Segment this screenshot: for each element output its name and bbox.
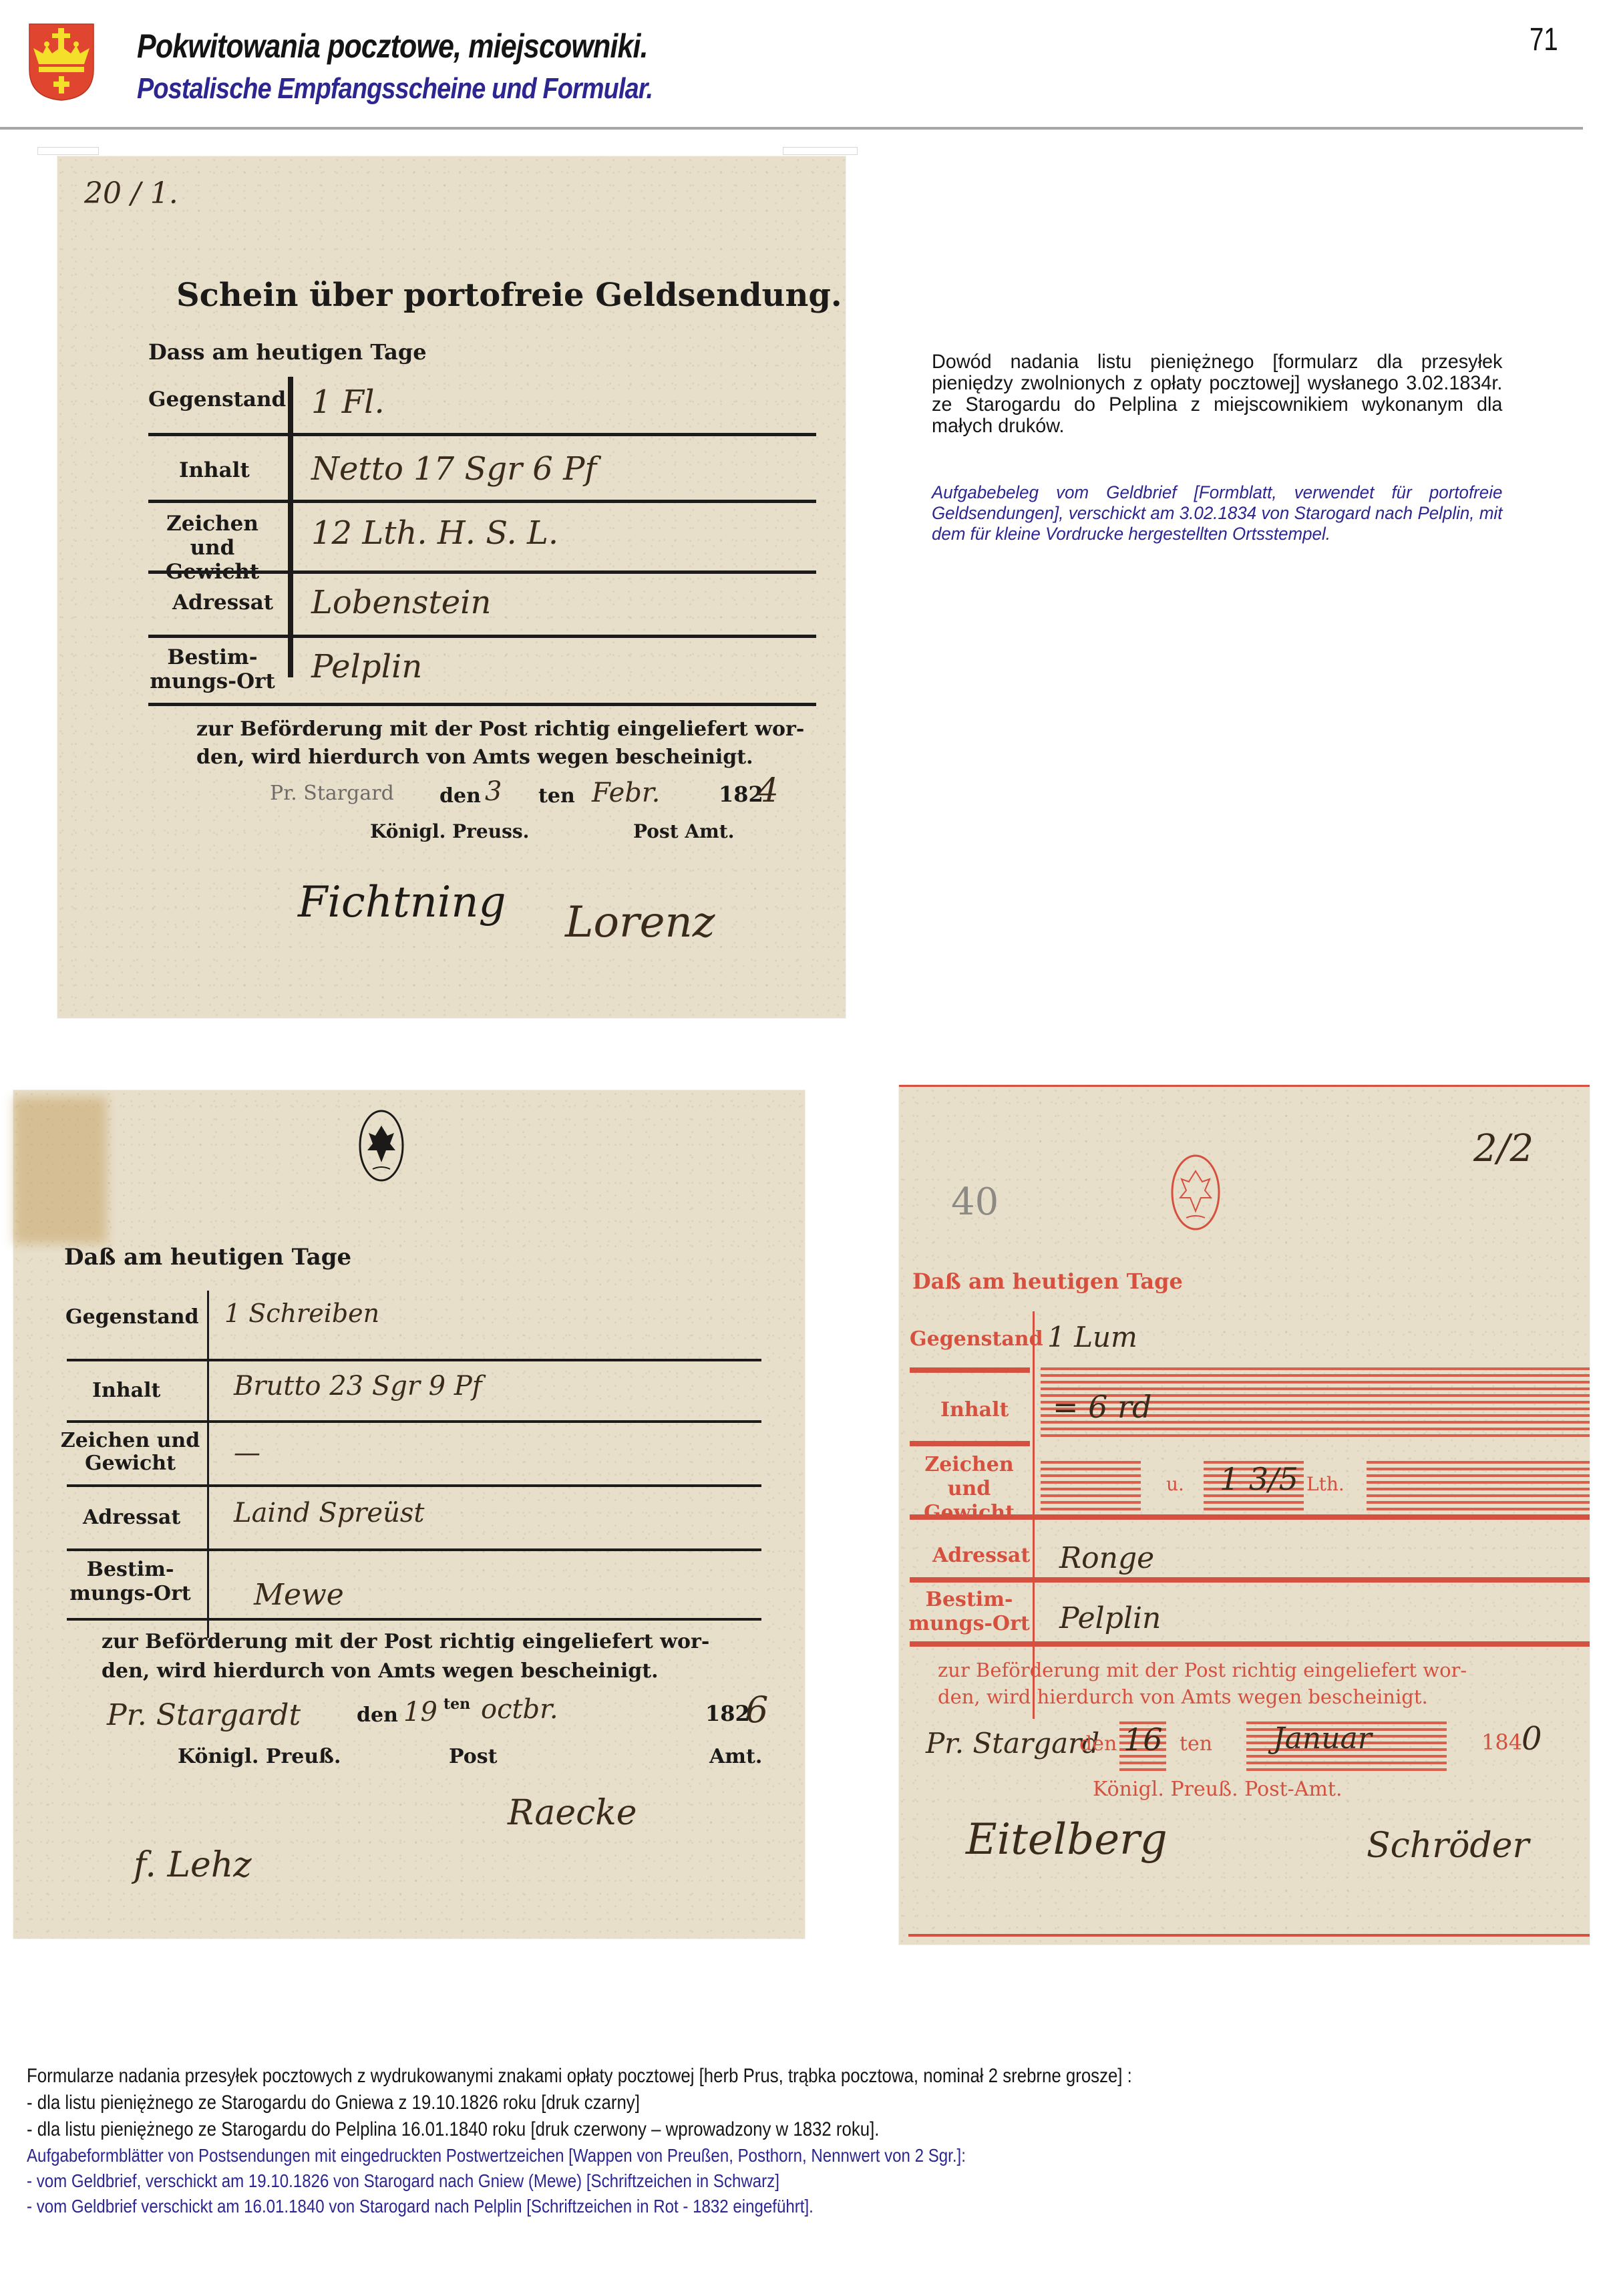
document-receipt-1834: 20 / 1. Schein über portofreie Geldsendu… (57, 156, 846, 1018)
weight-suffix: Lth. (1306, 1473, 1345, 1495)
form-row-line (67, 1359, 761, 1361)
field-value: Mewe (254, 1578, 344, 1612)
date-ten: ten (1180, 1732, 1212, 1756)
field-value: 12 Lth. H. S. L. (311, 514, 558, 552)
security-hatching (1367, 1461, 1590, 1510)
corner-note: 2/2 (1473, 1127, 1534, 1170)
statement-line: den, wird hierdurch von Amts wegen besch… (102, 1659, 659, 1683)
field-value: 1 3/5 (1220, 1461, 1298, 1497)
security-hatching (1041, 1461, 1141, 1510)
indicium-icon (1170, 1154, 1221, 1231)
date-month: Febr. (592, 778, 660, 808)
place-handwritten: Pr. Stargardt (107, 1698, 301, 1732)
date-den: den (357, 1703, 398, 1727)
date-day: 19 (403, 1697, 437, 1728)
signature: Eitelberg (966, 1815, 1168, 1864)
statement-line: zur Beförderung mit der Post richtig ein… (196, 717, 804, 741)
description-top-polish: Dowód nadania listu pieniężnego [formula… (932, 351, 1502, 437)
field-label: Inhalt (940, 1398, 1009, 1422)
form-column-divider (207, 1291, 209, 1638)
statement-line: zur Beförderung mit der Post richtig ein… (938, 1659, 1467, 1681)
signature: Fichtning (298, 878, 506, 927)
signature: Lorenz (565, 898, 715, 947)
field-label: Bestim- mungs-Ort (60, 1558, 200, 1606)
signature: Raecke (508, 1793, 637, 1833)
date-year: 184 (1481, 1730, 1522, 1755)
date-month: octbr. (481, 1694, 558, 1725)
field-label: Inhalt (92, 1379, 160, 1402)
office-name: Amt. (709, 1745, 762, 1768)
form-bottom-line (908, 1934, 1590, 1937)
form-row-line (148, 635, 816, 638)
office-name: Königl. Preuß. (178, 1745, 341, 1768)
form-column-divider (288, 377, 293, 677)
date-ten: ten (538, 784, 575, 808)
office-name: Post Amt. (633, 820, 734, 842)
page-title-german: Postalische Empfangsscheine und Formular… (137, 72, 653, 106)
corner-note: 20 / 1. (84, 176, 178, 210)
statement-line: den, wird hierdurch von Amts wegen besch… (938, 1685, 1428, 1708)
field-value: Lobenstein (311, 584, 491, 621)
date-den: den (1079, 1732, 1117, 1756)
form-row-line (67, 1484, 761, 1487)
field-value: Pelplin (1059, 1601, 1161, 1635)
document-receipt-1840: 40 2/2 Daß am heutigen Tage Gegenstand 1… (899, 1085, 1590, 1945)
coat-of-arms-icon (28, 23, 95, 102)
field-value: Ronge (1059, 1541, 1154, 1575)
description-line-pl: - dla listu pieniężnego ze Starogardu do… (27, 2116, 1348, 2143)
field-label: Zeichen und Gewicht (60, 1430, 200, 1475)
place-handwritten: Pr. Stargard (926, 1727, 1099, 1760)
field-label: Gegenstand (65, 1305, 199, 1329)
description-line-de: Aufgabeformblätter von Postsendungen mit… (27, 2143, 1348, 2168)
field-value: Laind Spreüst (234, 1498, 424, 1528)
field-value: Brutto 23 Sgr 9 Pf (234, 1371, 482, 1402)
field-value: 1 Fl. (311, 383, 385, 421)
field-label: Gegenstand (910, 1327, 1043, 1351)
field-value: Pelplin (311, 648, 422, 685)
field-label: Adressat (83, 1506, 180, 1529)
form-row-line (148, 570, 816, 574)
date-day: 16 (1123, 1721, 1163, 1758)
stain (13, 1097, 107, 1244)
field-label: Adressat (172, 591, 273, 615)
form-row-line (67, 1548, 761, 1551)
form-row-line (67, 1618, 761, 1621)
date-year: 182 (719, 782, 763, 807)
header-divider (0, 127, 1583, 130)
form-intro: Daß am heutigen Tage (912, 1269, 1183, 1294)
date-year-handwritten: 6 (745, 1689, 768, 1731)
form-row-line (910, 1641, 1590, 1647)
office-name: Königl. Preuß. Post-Amt. (1093, 1778, 1343, 1801)
photo-corner (37, 147, 99, 155)
form-intro: Daß am heutigen Tage (64, 1244, 351, 1271)
pencil-note: 40 (951, 1180, 999, 1224)
form-row-line (910, 1441, 1030, 1446)
page-number: 71 (1530, 21, 1558, 58)
form-row-line (148, 703, 816, 706)
indicium-icon (358, 1109, 405, 1182)
field-value: 1 Lum (1047, 1321, 1137, 1353)
form-row-line (910, 1367, 1030, 1373)
date-month: Januar (1273, 1721, 1372, 1756)
place-stamp: Pr. Stargard (270, 782, 394, 805)
field-value: — (234, 1438, 260, 1468)
description-line-de: - vom Geldbrief, verschickt am 19.10.182… (27, 2168, 1348, 2194)
date-day: 3 (485, 776, 502, 807)
statement-line: zur Beförderung mit der Post richtig ein… (102, 1630, 709, 1653)
field-label: Inhalt (179, 458, 250, 482)
field-label: Bestim- mungs-Ort (146, 645, 279, 693)
form-row-line (910, 1577, 1590, 1583)
description-line-pl: - dla listu pieniężnego ze Starogardu do… (27, 2090, 1348, 2116)
date-year-handwritten: 4 (757, 771, 779, 810)
form-row-line (148, 500, 816, 503)
field-value: Netto 17 Sgr 6 Pf (311, 450, 596, 488)
form-row-line (148, 433, 816, 436)
description-bottom: Formularze nadania przesyłek pocztowych … (27, 2063, 1563, 2219)
field-value: 1 Schreiben (224, 1299, 379, 1328)
page-title-polish: Pokwitowania pocztowe, miejscowniki. (137, 27, 648, 65)
description-top-german: Aufgabebeleg vom Geldbrief [Formblatt, v… (932, 482, 1502, 544)
form-row-line (910, 1514, 1590, 1520)
field-value: = 6 rd (1053, 1389, 1152, 1425)
form-heading: Schein über portofreie Geldsendung. (176, 277, 842, 314)
field-label: Gegenstand (148, 387, 286, 412)
office-name: Königl. Preuss. (370, 820, 529, 842)
form-intro: Dass am heutigen Tage (148, 339, 427, 365)
document-receipt-1826: Daß am heutigen Tage Gegenstand 1 Schrei… (13, 1090, 805, 1939)
description-line-pl: Formularze nadania przesyłek pocztowych … (27, 2063, 1348, 2090)
signature: Schröder (1367, 1826, 1529, 1866)
office-name: Post (449, 1745, 498, 1768)
field-label: Adressat (932, 1544, 1030, 1567)
statement-line: den, wird hierdurch von Amts wegen besch… (196, 746, 753, 769)
description-line-de: - vom Geldbrief verschickt am 16.01.1840… (27, 2194, 1348, 2219)
form-row-line (67, 1420, 761, 1423)
date-year-handwritten: 0 (1522, 1720, 1542, 1758)
photo-corner (783, 147, 858, 155)
weight-prefix: u. (1166, 1473, 1184, 1495)
signature: f. Lehz (134, 1845, 252, 1885)
date-den: den (439, 784, 481, 808)
date-ten: ten (443, 1695, 470, 1713)
date-year: 182 (705, 1701, 750, 1726)
field-label: Bestim- mungs-Ort (906, 1588, 1033, 1636)
